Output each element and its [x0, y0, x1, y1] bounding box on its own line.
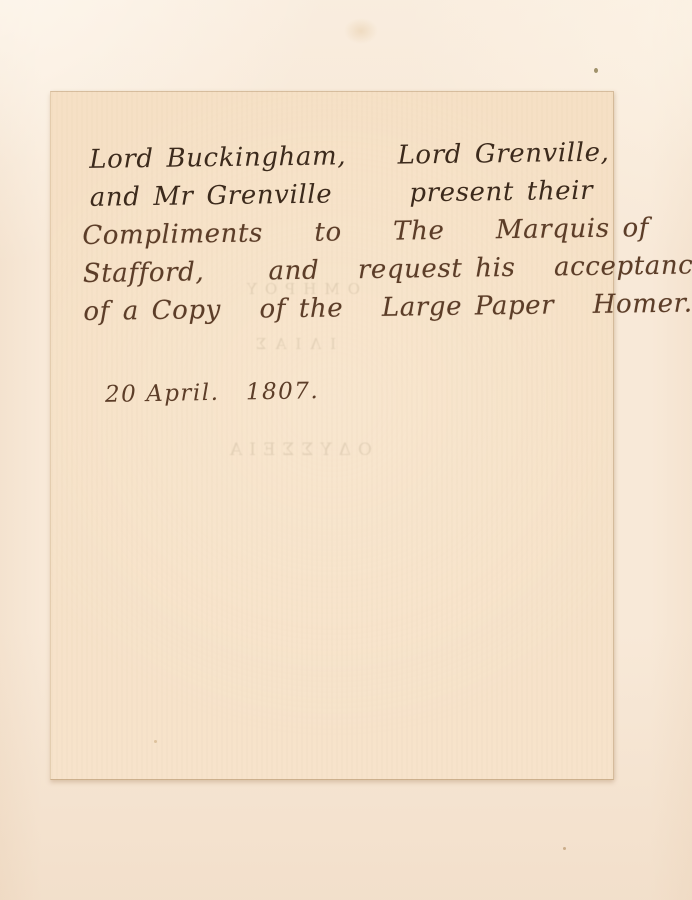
date-line: 20 April. 1807. [105, 378, 320, 408]
book-page-photo: ΟΜΗΡΟΥ ΙΛΙΑΣ ΟΔΥΣΣΕΙΑ Lord Buckingham, L… [0, 0, 692, 900]
ink-speck [594, 68, 598, 73]
tipped-in-note: ΟΜΗΡΟΥ ΙΛΙΑΣ ΟΔΥΣΣΕΙΑ Lord Buckingham, L… [50, 91, 614, 780]
handwriting-block: Lord Buckingham, Lord Grenville, and Mr … [81, 132, 692, 331]
ink-speck [154, 740, 157, 743]
paper-stain [344, 18, 378, 44]
handwriting-line: of a Copy of the Large Paper Homer. [83, 284, 692, 331]
ink-speck [563, 847, 566, 850]
show-through-line: ΟΔΥΣΣΕΙΑ [223, 440, 372, 460]
show-through-line: ΙΛΙΑΣ [247, 335, 336, 353]
